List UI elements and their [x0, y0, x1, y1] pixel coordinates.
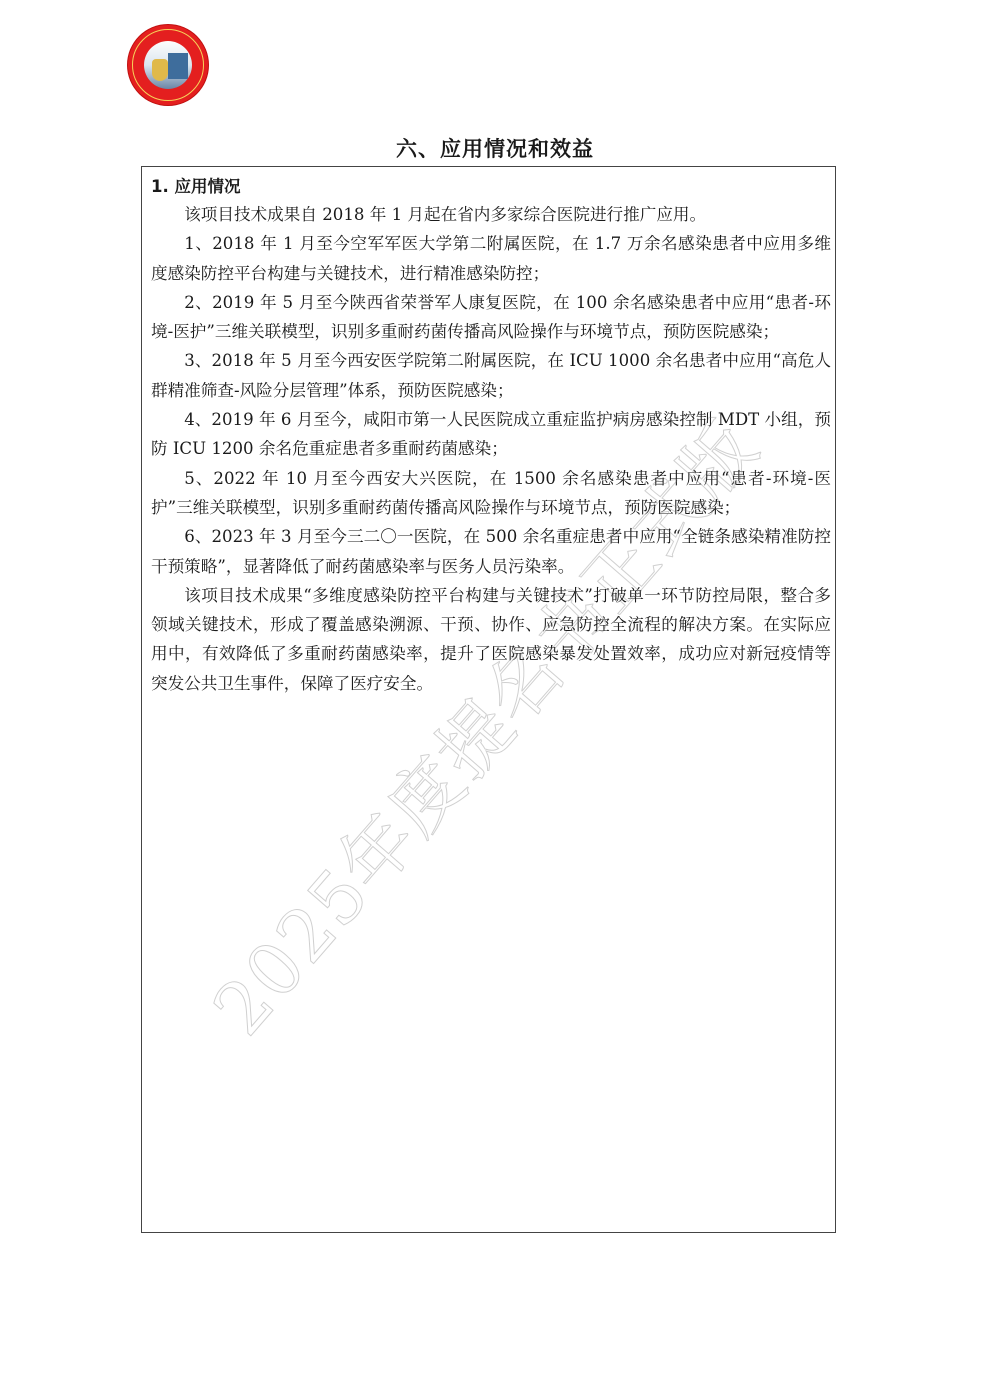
paragraph-intro: 该项目技术成果自 2018 年 1 月起在省内多家综合医院进行推广应用。: [151, 200, 831, 229]
paragraph-item-6: 6、2023 年 3 月至今三二〇一医院，在 500 余名重症患者中应用“全链条…: [151, 522, 831, 581]
organization-seal-logo: [128, 25, 208, 105]
paragraph-item-1: 1、2018 年 1 月至今空军军医大学第二附属医院，在 1.7 万余名感染患者…: [151, 229, 831, 288]
subsection-heading: 1. 应用情况: [151, 173, 241, 197]
building-icon: [168, 53, 188, 79]
paragraph-item-3: 3、2018 年 5 月至今西安医学院第二附属医院，在 ICU 1000 余名患…: [151, 346, 831, 405]
content-table-cell: 1. 应用情况 该项目技术成果自 2018 年 1 月起在省内多家综合医院进行推…: [141, 166, 836, 1233]
paragraph-summary: 该项目技术成果“多维度感染防控平台构建与关键技术”打破单一环节防控局限，整合多领…: [151, 581, 831, 698]
seal-emblem-icon: [144, 41, 192, 89]
trophy-icon: [152, 59, 168, 81]
paragraph-item-2: 2、2019 年 5 月至今陕西省荣誉军人康复医院，在 100 余名感染患者中应…: [151, 288, 831, 347]
application-body: 该项目技术成果自 2018 年 1 月起在省内多家综合医院进行推广应用。 1、2…: [151, 200, 831, 698]
section-title: 六、应用情况和效益: [0, 133, 990, 163]
paragraph-item-5: 5、2022 年 10 月至今西安大兴医院，在 1500 余名感染患者中应用“患…: [151, 464, 831, 523]
paragraph-item-4: 4、2019 年 6 月至今，咸阳市第一人民医院成立重症监护病房感染控制 MDT…: [151, 405, 831, 464]
